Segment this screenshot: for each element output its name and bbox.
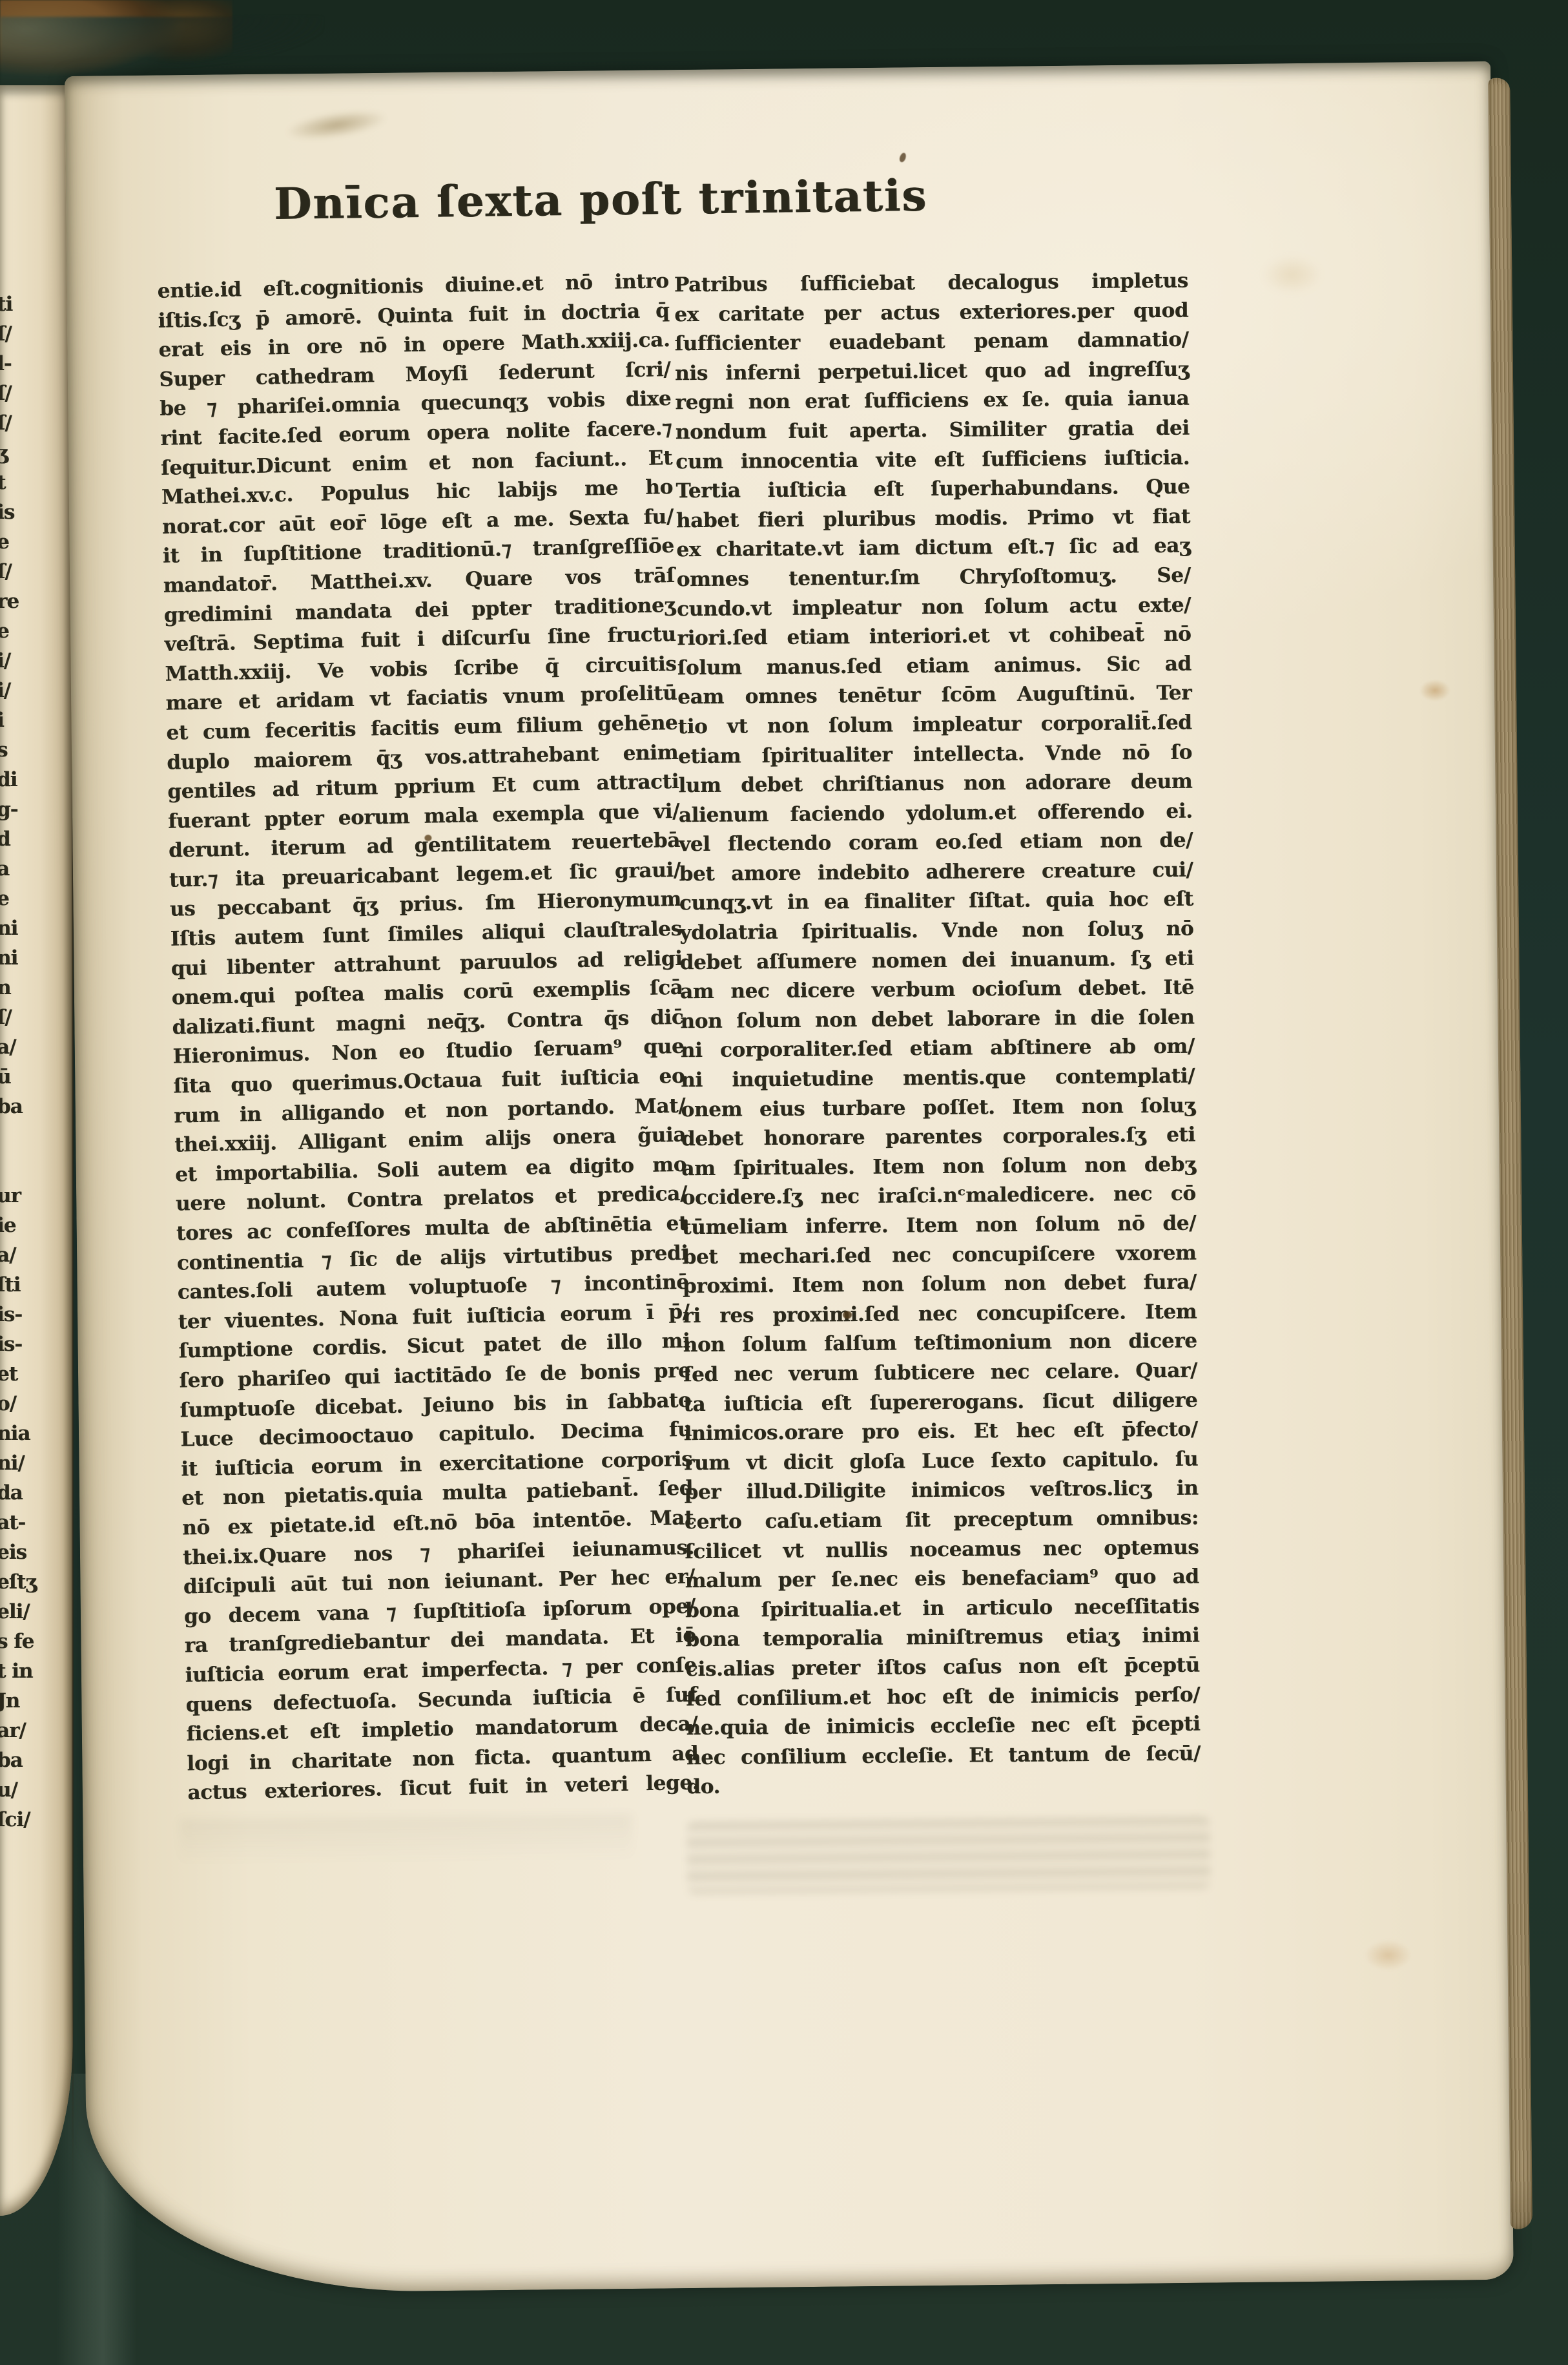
text-line: a/ (0, 1032, 41, 1062)
paper-foxing (1261, 255, 1323, 295)
text-line: ni/ (0, 1448, 41, 1478)
text-line: a (0, 854, 41, 884)
text-line: s (0, 735, 41, 765)
text-line: inimicos.orare pro eis. Et hec eſt p̄fec… (684, 1415, 1198, 1449)
text-line: g- (0, 795, 41, 824)
ink-showthrough-faint (180, 1815, 632, 1864)
text-line: ſ/ (0, 408, 41, 438)
text-line (0, 1151, 41, 1181)
text-line: debet aſſumere nomen dei inuanum. ſʒ eti (679, 944, 1193, 977)
text-line: u/ (0, 1775, 41, 1805)
text-line: non ſolum falſum teſtimonium non dicere (683, 1327, 1197, 1360)
text-line: ydolatria ſpiritualis. Vnde non ſoluʒ nō (679, 915, 1193, 948)
ink-speck (843, 1311, 852, 1318)
text-line: ſ/ (0, 319, 41, 349)
fore-edge-page-stack (1488, 78, 1532, 2229)
text-line: d (0, 824, 41, 854)
book-scan: tiſ/l-ſ/ſ/ʒtiseſ/reei/i/isdig-daenininſ/… (0, 0, 1568, 2365)
text-line: do. (686, 1769, 1201, 1802)
text-line: e (0, 616, 41, 646)
text-line: am ſpirituales. Item non ſolum non debʒ (681, 1150, 1195, 1183)
text-line: cundo.vt impleatur non ſolum actu exte/ (677, 590, 1191, 624)
text-line: cum innocentia vite eſt ſufficiens iuſti… (676, 443, 1190, 477)
text-line: riori.ſed etiam interiori.et vt cohibeat… (677, 620, 1191, 654)
text-line: bet amore indebito adherere creature cui… (679, 855, 1193, 889)
facing-page-sliver: tiſ/l-ſ/ſ/ʒtiseſ/reei/i/isdig-daenininſ/… (0, 85, 73, 2216)
paper-crease-shadow (284, 105, 389, 145)
facing-page-text-fragments: tiſ/l-ſ/ſ/ʒtiseſ/reei/i/isdig-daenininſ/… (0, 289, 41, 1835)
text-line: ni (0, 943, 41, 973)
text-line: etiam ſpiritualiter intellecta. Vnde nō … (678, 738, 1192, 771)
text-line: ſ/ (0, 379, 41, 408)
text-line: regni non erat ſufficiens ex ſe. quia ia… (675, 384, 1189, 418)
text-line: Patribus ſufficiebat decalogus impletus (674, 267, 1188, 300)
text-line: ſufficienter euadebant penam damnatio/ (674, 326, 1188, 359)
text-line: vel flectendo coram eo.ſed etiam non de/ (679, 826, 1193, 860)
text-line: n (0, 973, 41, 1003)
book-page: Dnīca ſexta poſt trinitatis entie.id eſt… (65, 61, 1514, 2295)
text-line: bona ſpiritualia.et in articulo neceſſit… (685, 1592, 1199, 1625)
text-line: di (0, 765, 41, 795)
text-line: eſtʒ (0, 1567, 41, 1597)
text-line: ſolum manus.ſed etiam animus. Sic ad (677, 649, 1191, 683)
text-line: tio vt non ſolum impleatur corporalit̄.ſ… (677, 709, 1191, 742)
text-line: e (0, 527, 41, 557)
text-line: nondum fuit aperta. Similiter gratia dei (676, 414, 1190, 448)
text-line: i (0, 705, 41, 735)
text-line: nec conſilium eccleſie. Et tantum de ſec… (686, 1739, 1201, 1773)
paper-stain (1419, 680, 1450, 702)
text-line: l- (0, 349, 41, 379)
text-line: re (0, 587, 41, 616)
text-line: t in (0, 1656, 41, 1686)
text-line: eam omnes tenētur ſcōm Auguſtinū. Ter (677, 679, 1191, 713)
text-line: ex caritate per actus exteriores.per quo… (674, 296, 1188, 329)
text-line: is- (0, 1300, 41, 1329)
text-line: eis (0, 1537, 41, 1567)
text-line: Jn (0, 1686, 41, 1716)
text-line: certo caſu.etiam ſit preceptum omnibus: (685, 1504, 1199, 1537)
text-line: ta iuſticia eſt ſupererogans. ſicut dili… (683, 1386, 1197, 1419)
text-line: ſed nec verum ſubticere nec celare. Quar… (683, 1357, 1197, 1390)
text-line: ſ/ (0, 1003, 41, 1032)
text-line: malum per ſe.nec eis benefaciam⁹ quo ad (685, 1563, 1199, 1596)
paper-stain (1364, 1939, 1412, 1971)
page-heading: Dnīca ſexta poſt trinitatis (274, 170, 928, 229)
text-line: rum vt dicit gloſa Luce ſexto capitulo. … (684, 1444, 1198, 1478)
text-line: ba (0, 1092, 41, 1121)
text-line: i/ (0, 646, 41, 676)
text-line: eli/ (0, 1597, 41, 1627)
text-line: bet mechari.ſed nec concupiſcere vxorem (682, 1238, 1196, 1272)
text-line: et (0, 1359, 41, 1389)
text-line: occidere.ſʒ nec iraſci.nᶜmaledicere. nec… (682, 1180, 1196, 1213)
text-line: am nec dicere verbum ocioſum debet. Itē (680, 974, 1194, 1007)
text-line: bona temporalia miniſtremus etiaʒ inimi (685, 1621, 1199, 1655)
text-line (0, 1121, 41, 1151)
text-line: ſed conſilium.et hoc eſt de inimicis per… (686, 1680, 1200, 1714)
text-line: is- (0, 1329, 41, 1359)
text-line: proximi. Item non ſolum non debet fura/ (683, 1268, 1197, 1302)
text-line: habet fieri pluribus modis. Primo vt fia… (676, 502, 1190, 536)
ink-speck (424, 835, 431, 841)
text-line: ſcilicet vt nullis noceamus nec optemus (685, 1533, 1199, 1567)
text-line: ni corporaliter.ſed etiam abſtinere ab o… (681, 1032, 1195, 1066)
text-line: debet honorare parentes corporales.ſʒ et… (681, 1121, 1195, 1154)
text-line: at- (0, 1508, 41, 1537)
text-line: s fe (0, 1627, 41, 1656)
text-line: ū (0, 1062, 41, 1092)
text-line: ie (0, 1211, 41, 1240)
text-line: omnes tenentur.ſm Chryſoſtomuʒ. Se/ (677, 561, 1191, 595)
text-line: alienum faciendo ydolum.et offerendo ei. (679, 797, 1193, 830)
text-line: t (0, 468, 41, 497)
text-line: is (0, 497, 41, 527)
text-line: o/ (0, 1389, 41, 1419)
text-line: e (0, 884, 41, 913)
text-line: ar/ (0, 1716, 41, 1745)
text-line: ni (0, 913, 41, 943)
text-line: ſ/ (0, 557, 41, 587)
ink-showthrough (686, 1817, 1210, 1894)
text-line: a/ (0, 1240, 41, 1270)
text-line: ti (0, 289, 41, 319)
text-column-left: entie.id eſt.cognitionis diuine.et nō in… (157, 267, 699, 1808)
text-line: onem eius turbare poſſet. Item non ſoluʒ (681, 1091, 1195, 1125)
text-line: ba (0, 1745, 41, 1775)
text-line: lum debet chriſtianus non adorare deum (678, 767, 1192, 801)
text-line: cis.alias preter iſtos caſus non eſt p̄c… (686, 1651, 1200, 1684)
text-line: ur (0, 1181, 41, 1211)
text-line: ni inquietudine mentis.que contemplati/ (681, 1062, 1195, 1096)
scan-background: { "header": { "title": "Dnīca ſexta poſt… (0, 0, 1568, 2365)
text-line: ri res proximi.ſed nec concupiſcere. Ite… (683, 1297, 1197, 1331)
text-line: ſci/ (0, 1805, 41, 1835)
ink-fleck (898, 152, 907, 163)
text-line: ne.quia de inimicis eccleſie nec eſt p̄c… (686, 1710, 1200, 1744)
text-line: per illud.Diligite inimicos veſtros.licʒ… (684, 1474, 1198, 1508)
text-line: non ſolum non debet laborare in die ſole… (680, 1003, 1194, 1036)
text-line: ſti (0, 1270, 41, 1300)
text-line: Tertia iuſticia eſt ſuperhabundans. Que (676, 473, 1190, 506)
text-line: i/ (0, 676, 41, 705)
text-column-right: Patribus ſufficiebat decalogus impletuse… (674, 267, 1201, 1802)
text-line: ʒ (0, 438, 41, 468)
text-line: nia (0, 1419, 41, 1448)
text-line: ex charitate.vt iam dictum eſt.⁊ ſic ad … (676, 532, 1190, 565)
text-line: cunqʒ.vt in ea finaliter ſiſtat. quia ho… (679, 885, 1193, 919)
text-line: nis inferni perpetui.licet quo ad ingreſ… (675, 355, 1189, 388)
text-line: da (0, 1478, 41, 1508)
text-line: tūmeliam inferre. Item non ſolum nō de/ (682, 1209, 1196, 1243)
